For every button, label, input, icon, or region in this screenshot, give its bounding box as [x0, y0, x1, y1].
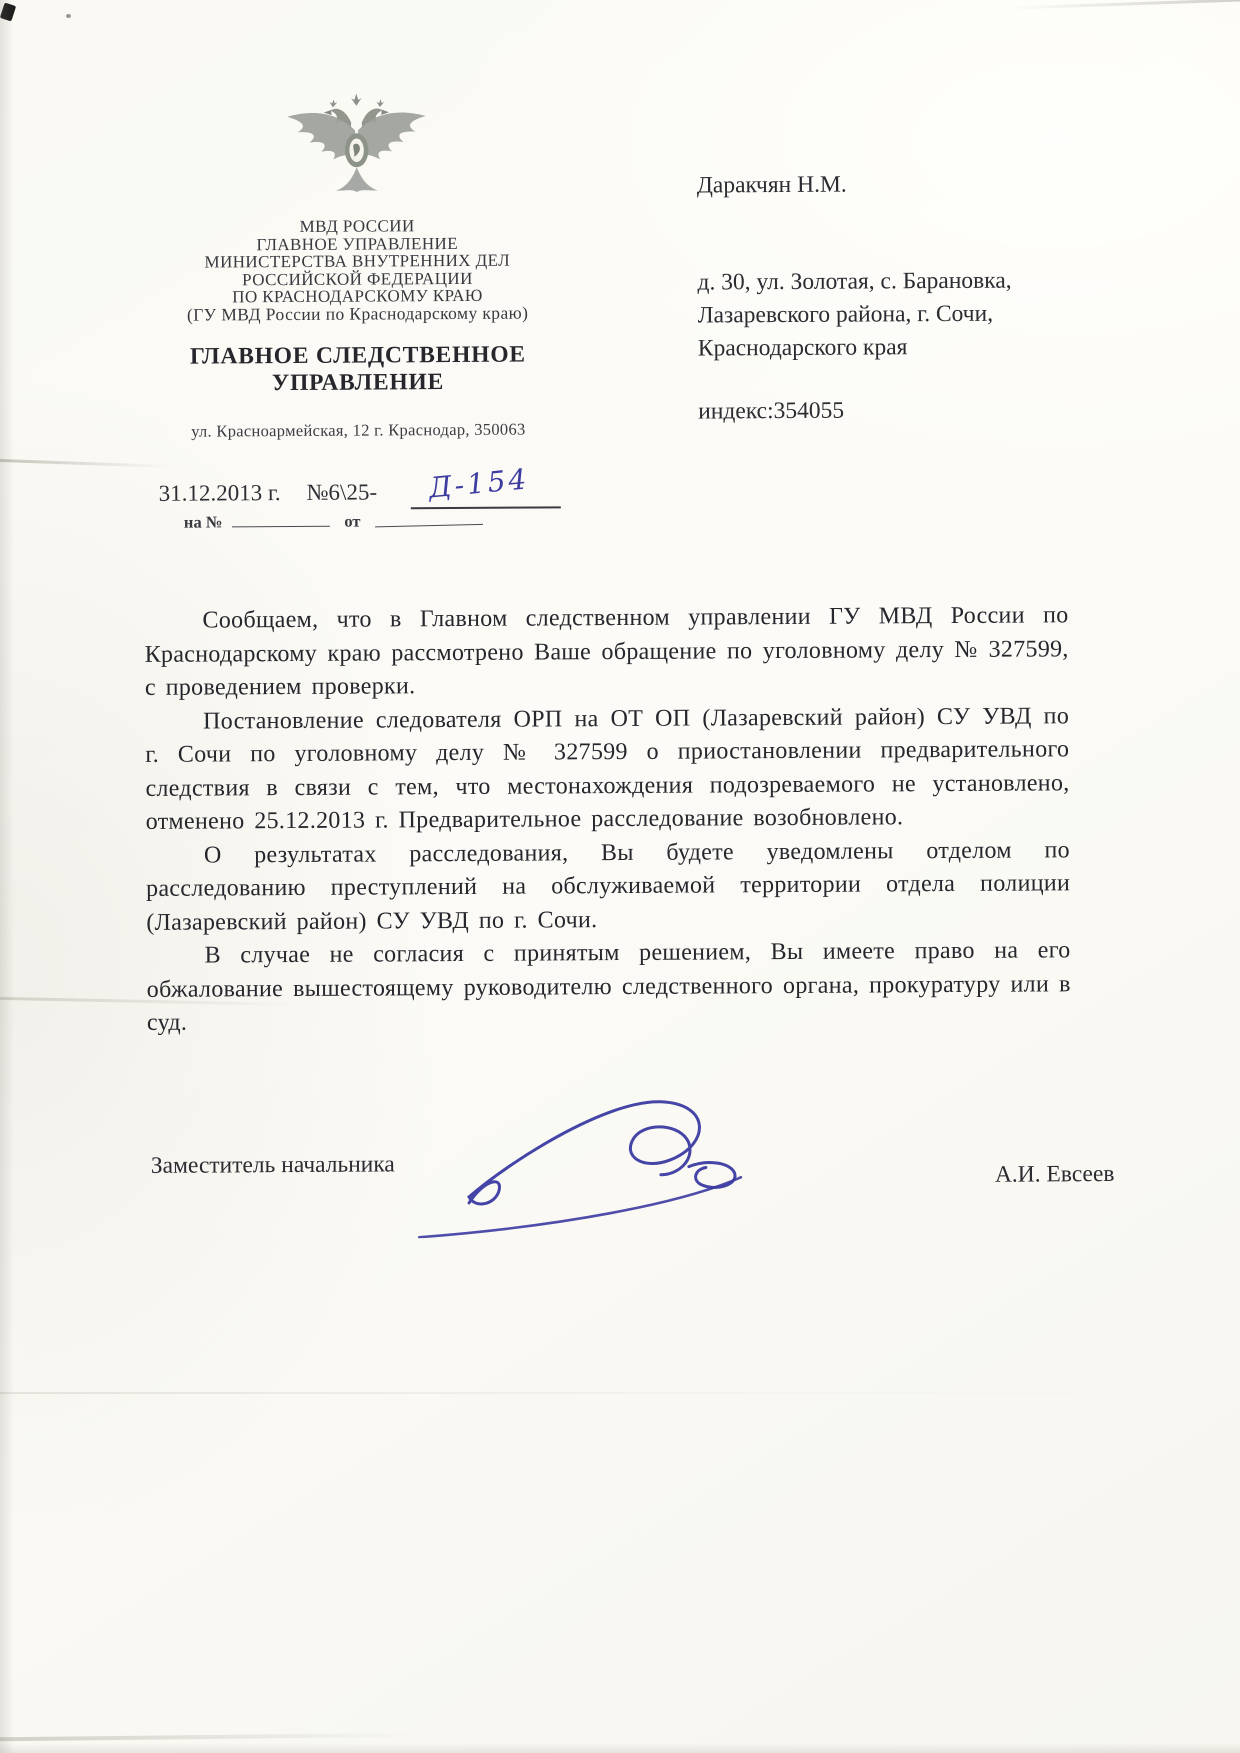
ref-na-label: на №	[184, 512, 223, 531]
ref-ot-blank	[374, 510, 482, 528]
recipient-address-line: д. 30, ул. Золотая, с. Барановка,	[697, 264, 1117, 300]
outgoing-number-prefix: №6\25-	[306, 479, 377, 504]
recipient-address-line: Лазаревского района, г. Сочи,	[698, 297, 1118, 333]
letter-body: Сообщаем, что в Главном следственном упр…	[144, 599, 1071, 1040]
org-name-block: МВД РОССИИ ГЛАВНОЕ УПРАВЛЕНИЕ МИНИСТЕРСТ…	[145, 216, 570, 324]
recipient-address: д. 30, ул. Золотая, с. Барановка, Лазаре…	[697, 264, 1118, 366]
handwritten-signature-icon	[410, 1081, 801, 1238]
outgoing-ref-line: 31.12.2013 г.№6\25- Д-154	[159, 478, 579, 507]
letterhead: МВД РОССИИ ГЛАВНОЕ УПРАВЛЕНИЕ МИНИСТЕРСТ…	[144, 86, 570, 442]
body-paragraph: О результатах расследования, Вы будете у…	[146, 834, 1071, 940]
recipient-block: Даракчян Н.М. д. 30, ул. Золотая, с. Бар…	[697, 167, 1119, 429]
division-title: ГЛАВНОЕ СЛЕДСТВЕННОЕ УПРАВЛЕНИЕ	[178, 341, 538, 397]
recipient-postal-index: индекс:354055	[698, 393, 1118, 429]
body-paragraph: Сообщаем, что в Главном следственном упр…	[144, 599, 1069, 705]
scan-content: МВД РОССИИ ГЛАВНОЕ УПРАВЛЕНИЕ МИНИСТЕРСТ…	[0, 0, 1240, 1753]
signer-position-title: Заместитель начальника	[151, 1151, 395, 1179]
incoming-ref-line: на №от	[184, 510, 544, 532]
letterhead-address: ул. Красноармейская, 12 г. Краснодар, 35…	[146, 419, 570, 442]
ref-na-blank	[232, 512, 330, 528]
ref-ot-label: от	[344, 512, 360, 531]
scanned-letter-page: МВД РОССИИ ГЛАВНОЕ УПРАВЛЕНИЕ МИНИСТЕРСТ…	[0, 0, 1240, 1753]
recipient-address-line: Краснодарского края	[698, 330, 1118, 366]
signer-name: А.И. Евсеев	[995, 1161, 1115, 1189]
org-line-abbrev: (ГУ МВД России по Краснодарскому краю)	[146, 304, 570, 324]
number-underline	[411, 506, 561, 509]
outgoing-date: 31.12.2013 г.	[159, 480, 281, 506]
recipient-name: Даракчян Н.М.	[697, 167, 1117, 203]
body-paragraph: В случае не согласия с принятым решением…	[146, 934, 1071, 1040]
org-line: МИНИСТЕРСТВА ВНУТРЕННИХ ДЕЛ	[145, 251, 569, 271]
body-paragraph: Постановление следователя ОРП на ОТ ОП (…	[145, 700, 1070, 840]
handwritten-number: Д-154	[427, 462, 530, 504]
mvd-double-eagle-emblem-icon	[277, 87, 436, 212]
